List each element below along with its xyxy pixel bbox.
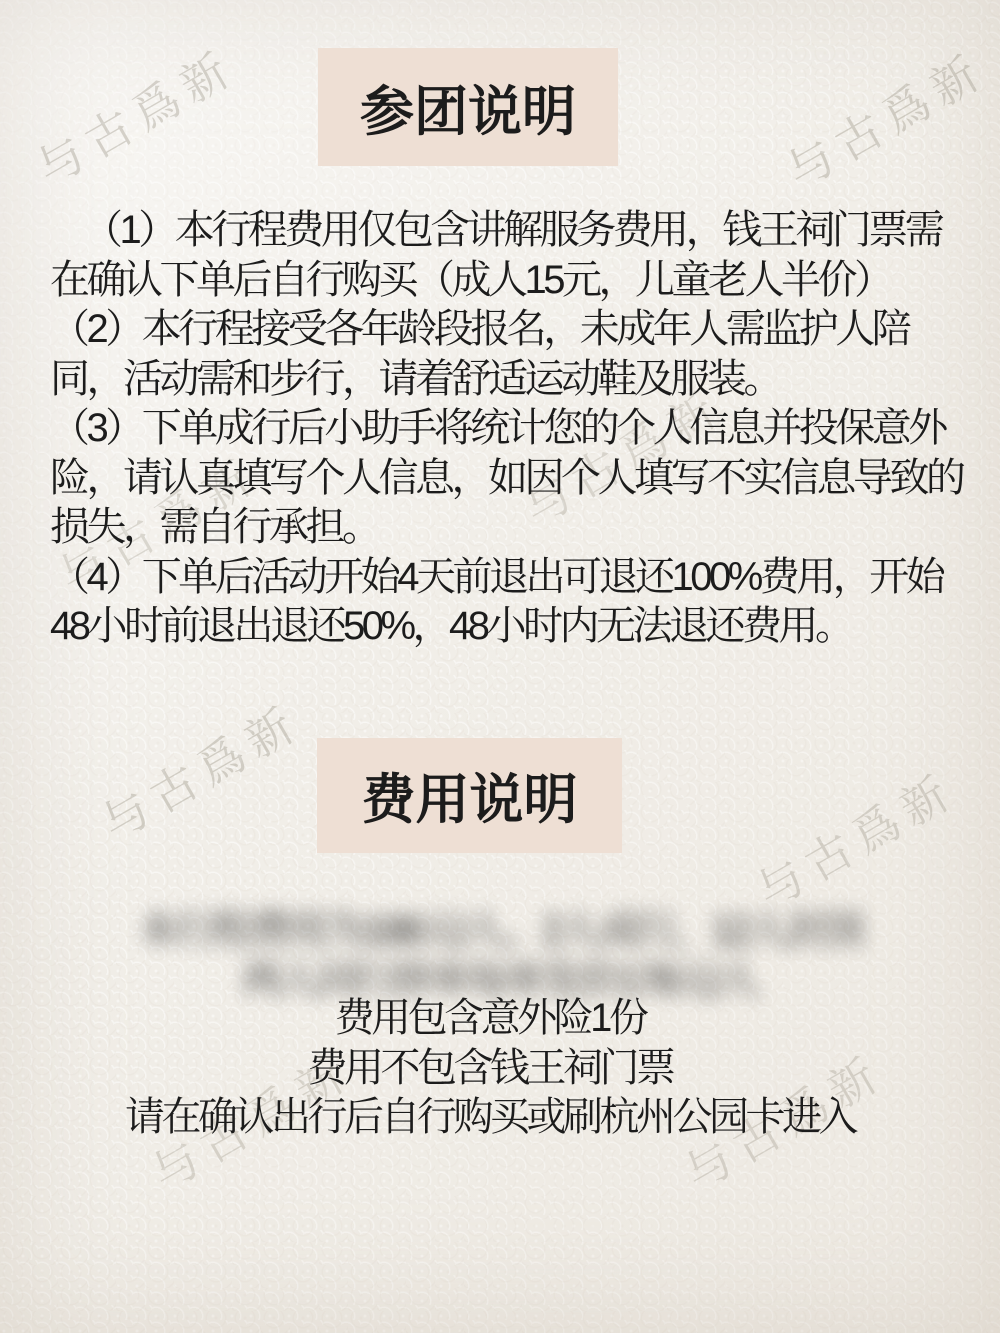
tour-notes-title: 参团说明 bbox=[360, 69, 576, 146]
blurred-line: 本行程费用为188元/人。2人成行，12人封顶 bbox=[0, 905, 1000, 955]
watermark: 与古爲新 bbox=[88, 686, 312, 853]
fee-notes-text: 费用包含意外险1份 费用不包含钱王祠门票 请在确认出行后自行购买或刷杭州公园卡进… bbox=[0, 994, 980, 1143]
watermark: 与古爲新 bbox=[743, 754, 967, 921]
notes-line: 在确认下单后自行购买（成人15元，儿童老人半价） bbox=[50, 256, 955, 306]
notes-line: （1）本行程费用仅包含讲解服务费用，钱王祠门票需 bbox=[50, 206, 955, 256]
notes-line: 险，请认真填写个人信息，如因个人填写不实信息导致的 bbox=[50, 454, 955, 504]
notice-poster: 与古爲新 与古爲新 与古爲新 与古爲新 与古爲新 与古爲新 与古爲新 与古爲新 … bbox=[0, 0, 1000, 1333]
notes-line: （4）下单后活动开始4天前退出可退还100%费用，开始 bbox=[50, 553, 955, 603]
fee-line: 请在确认出行后自行购买或刷杭州公园卡进入 bbox=[0, 1093, 980, 1143]
fee-line: 费用不包含钱王祠门票 bbox=[0, 1044, 980, 1094]
notes-line: （3）下单成行后小助手将统计您的个人信息并投保意外 bbox=[50, 404, 955, 454]
fee-line: 费用包含意外险1份 bbox=[0, 994, 980, 1044]
notes-line: （2）本行程接受各年龄段报名，未成年人需监护人陪 bbox=[50, 305, 955, 355]
fee-notes-title: 费用说明 bbox=[362, 757, 578, 834]
notes-line: 同，活动需和步行，请着舒适运动鞋及服装。 bbox=[50, 355, 955, 405]
watermark: 与古爲新 bbox=[23, 31, 247, 198]
notes-line: 损失，需自行承担。 bbox=[50, 503, 955, 553]
fee-notes-blurred-text: 本行程费用为188元/人。2人成行，12人封顶 两人同行拼单每单发价178元/人 bbox=[0, 905, 1000, 1005]
watermark: 与古爲新 bbox=[773, 34, 997, 201]
fee-notes-title-box: 费用说明 bbox=[317, 738, 622, 853]
notes-line: 48小时前退出退还50%，48小时内无法退还费用。 bbox=[50, 602, 955, 652]
tour-notes-text: （1）本行程费用仅包含讲解服务费用，钱王祠门票需 在确认下单后自行购买（成人15… bbox=[50, 206, 955, 652]
tour-notes-title-box: 参团说明 bbox=[318, 48, 618, 166]
